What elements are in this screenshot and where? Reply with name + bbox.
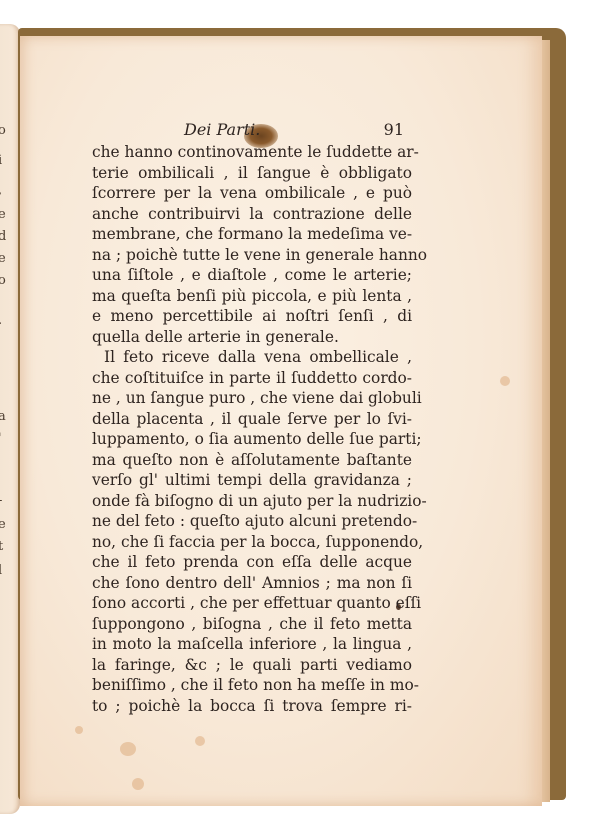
facing-page-fragment: - bbox=[0, 494, 2, 507]
text-line: che ſono dentro dell' Amnios ; ma non ſi bbox=[92, 573, 412, 594]
text-line: luppamento, o ſia aumento delle ſue part… bbox=[92, 429, 412, 450]
text-line: ſuppongono , biſogna , che il feto metta bbox=[92, 614, 412, 635]
foxing-spot bbox=[132, 778, 144, 790]
text-line: Il feto riceve dalla vena ombellicale , bbox=[92, 347, 412, 368]
text-line: una ſiſtole , e diaſtole , come le arter… bbox=[92, 265, 412, 286]
text-line: onde fà biſogno di un ajuto per la nudri… bbox=[92, 491, 412, 512]
text-line: che il feto prenda con eſſa delle acque bbox=[92, 552, 412, 573]
chapter-title: Dei Parti. bbox=[184, 120, 260, 142]
facing-page-fragment: e bbox=[0, 208, 6, 221]
text-line: verſo gl' ultimi tempi della gravidanza … bbox=[92, 470, 412, 491]
text-line: no, che ſi faccia per la bocca, ſupponen… bbox=[92, 532, 412, 553]
foxing-spot bbox=[120, 742, 136, 756]
text-line: ma queſta benſi più piccola, e più lenta… bbox=[92, 286, 412, 307]
running-head: Dei Parti. 91 bbox=[92, 120, 412, 142]
text-line: anche contribuirvi la contrazione delle bbox=[92, 204, 412, 225]
page-number: 91 bbox=[384, 120, 404, 142]
facing-page-fragment: ' bbox=[0, 432, 2, 445]
text-line: e meno percettibile ai noſtri ſenſi , di bbox=[92, 306, 412, 327]
foxing-spot bbox=[195, 736, 205, 746]
text-line: quella delle arterie in generale. bbox=[92, 327, 412, 348]
page-text: Dei Parti. 91 che hanno continovamente l… bbox=[92, 120, 412, 716]
foxing-spot bbox=[500, 376, 510, 386]
text-line: to ; poichè la bocca ſi trova ſempre ri- bbox=[92, 696, 412, 717]
foxing-spot bbox=[75, 726, 83, 734]
facing-page-fragment: o bbox=[0, 124, 6, 137]
text-line: ſcorrere per la vena ombilicale , e può bbox=[92, 183, 412, 204]
text-line: ma queſto non è aſſolutamente baſtante bbox=[92, 450, 412, 471]
facing-page-fragment: e bbox=[0, 518, 6, 531]
facing-page-fragment: . bbox=[0, 314, 2, 327]
text-line: na ; poichè tutte le vene in generale ha… bbox=[92, 245, 412, 266]
text-line: ne del feto : queſto ajuto alcuni preten… bbox=[92, 511, 412, 532]
facing-page-fragment: l bbox=[0, 564, 2, 577]
text-line: che coſtituiſce in parte il ſuddetto cor… bbox=[92, 368, 412, 389]
facing-page-edge: o i , e d e o . a ' - e t l bbox=[0, 24, 20, 814]
text-line: ne , un ſangue puro , che viene dai glob… bbox=[92, 388, 412, 409]
text-line: beniſſimo , che il feto non ha meſſe in … bbox=[92, 675, 412, 696]
facing-page-fragment: e bbox=[0, 252, 6, 265]
facing-page-fragment: a bbox=[0, 410, 6, 423]
text-line: ſono accorti , che per effettuar quanto … bbox=[92, 593, 412, 614]
text-line: terie ombilicali , il ſangue è obbligato bbox=[92, 163, 412, 184]
facing-page-fragment: i bbox=[0, 154, 2, 167]
facing-page-fragment: , bbox=[0, 184, 2, 197]
facing-page-fragment: t bbox=[0, 540, 3, 553]
facing-page-fragment: o bbox=[0, 274, 6, 287]
text-line: la faringe, &c ; le quali parti vediamo bbox=[92, 655, 412, 676]
text-line: della placenta , il quale ſerve per lo ſ… bbox=[92, 409, 412, 430]
text-line: che hanno continovamente le ſuddette ar- bbox=[92, 142, 412, 163]
text-line: in moto la maſcella inferiore , la lingu… bbox=[92, 634, 412, 655]
text-line: membrane, che formano la medeſima ve- bbox=[92, 224, 412, 245]
facing-page-fragment: d bbox=[0, 230, 6, 243]
